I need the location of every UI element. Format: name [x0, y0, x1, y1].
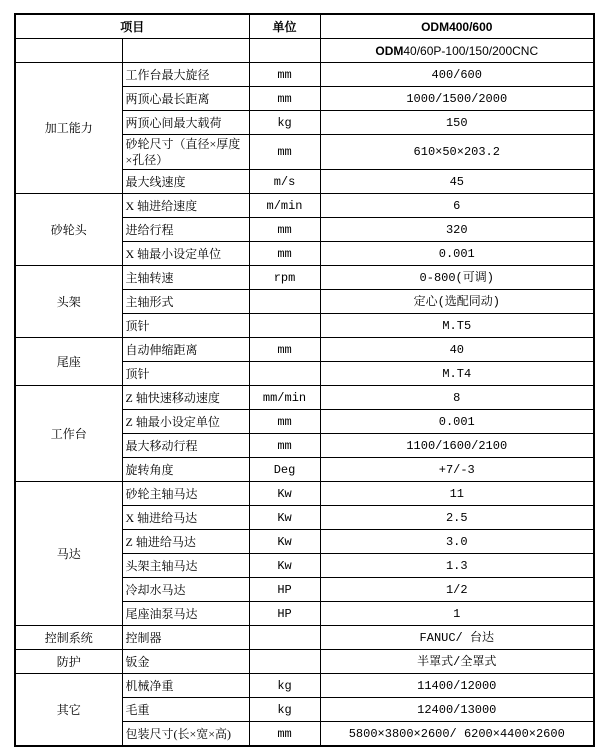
category-cell: 头架 [15, 266, 122, 338]
item-label-cell: 旋转角度 [122, 458, 249, 482]
header-row: 项目 单位 ODM400/600 [15, 14, 594, 39]
item-label-cell: 顶针 [122, 362, 249, 386]
value-cell: 40 [320, 338, 594, 362]
value-cell: 1100/1600/2100 [320, 434, 594, 458]
table-row: 马达砂轮主轴马达Kw11 [15, 482, 594, 506]
category-cell: 控制系统 [15, 626, 122, 650]
value-cell: M.T5 [320, 314, 594, 338]
table-row: 防护钣金半罩式/全罩式 [15, 650, 594, 674]
value-cell: 2.5 [320, 506, 594, 530]
item-label-cell: 冷却水马达 [122, 578, 249, 602]
empty-category-cell [15, 39, 122, 63]
value-cell: 1/2 [320, 578, 594, 602]
value-cell: 0.001 [320, 410, 594, 434]
unit-cell [249, 626, 320, 650]
item-label-cell: 两顶心间最大载荷 [122, 111, 249, 135]
item-label-cell: X 轴最小设定单位 [122, 242, 249, 266]
item-label-cell: 头架主轴马达 [122, 554, 249, 578]
value-cell: 1000/1500/2000 [320, 87, 594, 111]
column-header-item: 项目 [15, 14, 249, 39]
value-cell: 6 [320, 194, 594, 218]
value-cell: 11 [320, 482, 594, 506]
unit-cell: kg [249, 111, 320, 135]
unit-cell: m/min [249, 194, 320, 218]
unit-cell: mm [249, 218, 320, 242]
category-cell: 加工能力 [15, 63, 122, 194]
column-header-model: ODM400/600 [320, 14, 594, 39]
table-row: 头架主轴转速rpm0-800(可调) [15, 266, 594, 290]
table-row: 加工能力工作台最大旋径mm400/600 [15, 63, 594, 87]
value-cell: 320 [320, 218, 594, 242]
unit-cell: mm [249, 63, 320, 87]
item-label-cell: 控制器 [122, 626, 249, 650]
item-label-cell: 两顶心最长距离 [122, 87, 249, 111]
item-label-cell: 工作台最大旋径 [122, 63, 249, 87]
unit-cell: Kw [249, 482, 320, 506]
table-row: 工作台Z 轴快速移动速度mm/min8 [15, 386, 594, 410]
value-cell: 610×50×203.2 [320, 135, 594, 170]
item-label-cell: Z 轴快速移动速度 [122, 386, 249, 410]
value-cell: FANUC/ 台达 [320, 626, 594, 650]
value-cell: 11400/12000 [320, 674, 594, 698]
item-label-cell: 砂轮尺寸（直径×厚度×孔径） [122, 135, 249, 170]
unit-cell [249, 650, 320, 674]
category-cell: 尾座 [15, 338, 122, 386]
unit-cell: mm [249, 135, 320, 170]
item-label-cell: 自动伸缩距离 [122, 338, 249, 362]
item-label-cell: 砂轮主轴马达 [122, 482, 249, 506]
value-cell: 400/600 [320, 63, 594, 87]
value-cell: 定心(选配同动) [320, 290, 594, 314]
item-label-cell: Z 轴最小设定单位 [122, 410, 249, 434]
unit-cell: HP [249, 578, 320, 602]
value-cell: 0.001 [320, 242, 594, 266]
item-label-cell: 机械净重 [122, 674, 249, 698]
item-label-cell: Z 轴进给马达 [122, 530, 249, 554]
unit-cell: mm [249, 87, 320, 111]
item-label-cell: 尾座油泵马达 [122, 602, 249, 626]
unit-cell: Kw [249, 530, 320, 554]
value-cell: 8 [320, 386, 594, 410]
unit-cell: mm [249, 434, 320, 458]
submodel-row: ODM40/60P-100/150/200CNC [15, 39, 594, 63]
table-row: 其它机械净重kg11400/12000 [15, 674, 594, 698]
unit-cell: mm [249, 242, 320, 266]
category-cell: 马达 [15, 482, 122, 626]
table-row: 尾座自动伸缩距离mm40 [15, 338, 594, 362]
table-row: 控制系统控制器FANUC/ 台达 [15, 626, 594, 650]
value-cell: 0-800(可调) [320, 266, 594, 290]
unit-cell: HP [249, 602, 320, 626]
unit-cell: Kw [249, 506, 320, 530]
value-cell: 150 [320, 111, 594, 135]
empty-item-cell [122, 39, 249, 63]
unit-cell: Deg [249, 458, 320, 482]
item-label-cell: 进给行程 [122, 218, 249, 242]
item-label-cell: 最大移动行程 [122, 434, 249, 458]
unit-cell [249, 290, 320, 314]
column-header-unit: 单位 [249, 14, 320, 39]
value-cell: M.T4 [320, 362, 594, 386]
value-cell: 1 [320, 602, 594, 626]
unit-cell: Kw [249, 554, 320, 578]
submodel-rest: 40/60P-100/150/200CNC [403, 44, 538, 58]
value-cell: +7/-3 [320, 458, 594, 482]
value-cell: 半罩式/全罩式 [320, 650, 594, 674]
unit-cell: mm [249, 410, 320, 434]
item-label-cell: 最大线速度 [122, 170, 249, 194]
item-label-cell: 顶针 [122, 314, 249, 338]
category-cell: 砂轮头 [15, 194, 122, 266]
spec-table: 项目 单位 ODM400/600 ODM40/60P-100/150/200CN… [14, 13, 595, 700]
value-cell: 1.3 [320, 554, 594, 578]
item-label-cell: X 轴进给马达 [122, 506, 249, 530]
table-row: 砂轮头X 轴进给速度m/min6 [15, 194, 594, 218]
unit-cell: m/s [249, 170, 320, 194]
category-cell: 其它 [15, 674, 122, 701]
unit-cell: mm [249, 338, 320, 362]
item-label-cell: X 轴进给速度 [122, 194, 249, 218]
empty-unit-cell [249, 39, 320, 63]
unit-cell: kg [249, 674, 320, 698]
submodel-prefix: ODM [375, 44, 403, 58]
item-label-cell: 主轴转速 [122, 266, 249, 290]
item-label-cell: 主轴形式 [122, 290, 249, 314]
value-cell: 3.0 [320, 530, 594, 554]
category-cell: 工作台 [15, 386, 122, 482]
submodel-cell: ODM40/60P-100/150/200CNC [320, 39, 594, 63]
value-cell: 45 [320, 170, 594, 194]
spec-sheet-page: 项目 单位 ODM400/600 ODM40/60P-100/150/200CN… [14, 13, 595, 700]
unit-cell [249, 362, 320, 386]
unit-cell: mm/min [249, 386, 320, 410]
unit-cell [249, 314, 320, 338]
unit-cell: rpm [249, 266, 320, 290]
item-label-cell: 钣金 [122, 650, 249, 674]
category-cell: 防护 [15, 650, 122, 674]
